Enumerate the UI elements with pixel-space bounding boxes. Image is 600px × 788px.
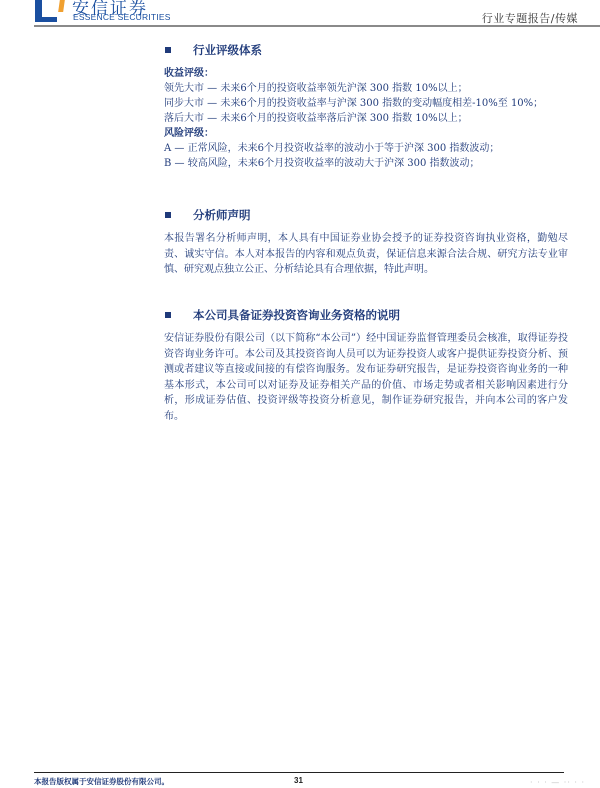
square-bullet-icon: [165, 212, 171, 218]
footer-divider: [34, 772, 564, 773]
section-title-text: 分析师声明: [193, 207, 251, 223]
header-divider: [34, 25, 600, 27]
page-number: 31: [294, 776, 303, 785]
rating-line: 同步大市 — 未来6个月的投资收益率与沪深 300 指数的变动幅度相差-10%至…: [164, 96, 574, 111]
section-title: 本公司具备证券投资咨询业务资格的说明: [164, 307, 574, 323]
square-bullet-icon: [165, 47, 171, 53]
copyright-notice: 本报告版权属于安信证券股份有限公司。: [34, 776, 169, 787]
section-title: 分析师声明: [164, 207, 574, 223]
analyst-statement-body: 本报告署名分析师声明，本人具有中国证券业协会授予的证券投资咨询执业资格，勤勉尽责…: [164, 231, 568, 278]
section-qualification: 本公司具备证券投资咨询业务资格的说明 安信证券股份有限公司（以下简称“本公司”）…: [164, 307, 574, 425]
section-title-text: 本公司具备证券投资咨询业务资格的说明: [193, 307, 400, 323]
risk-rating-label: 风险评级：: [164, 126, 574, 141]
report-type: 行业专题报告/传媒: [482, 10, 578, 26]
brand-name-en: ESSENCE SECURITIES: [73, 12, 171, 22]
section-analyst-statement: 分析师声明 本报告署名分析师声明，本人具有中国证券业协会授予的证券投资咨询执业资…: [164, 207, 574, 278]
risk-line: B — 较高风险，未来6个月投资收益率的波动大于沪深 300 指数波动；: [164, 156, 574, 171]
qualification-body: 安信证券股份有限公司（以下简称“本公司”）经中国证券监督管理委员会核准，取得证券…: [164, 331, 568, 425]
risk-line: A — 正常风险，未来6个月投资收益率的波动小于等于沪深 300 指数波动；: [164, 141, 574, 156]
square-bullet-icon: [165, 312, 171, 318]
section-industry-rating: 行业评级体系 收益评级： 领先大市 — 未来6个月的投资收益率领先沪深 300 …: [164, 42, 574, 171]
company-logo-icon: [35, 0, 65, 22]
section-title: 行业评级体系: [164, 42, 574, 58]
return-rating-label: 收益评级：: [164, 66, 574, 81]
section-title-text: 行业评级体系: [193, 42, 262, 58]
rating-line: 落后大市 — 未来6个月的投资收益率落后沪深 300 指数 10%以上；: [164, 111, 574, 126]
watermark: · · · — ·· · ·: [530, 778, 585, 787]
rating-line: 领先大市 — 未来6个月的投资收益率领先沪深 300 指数 10%以上；: [164, 81, 574, 96]
